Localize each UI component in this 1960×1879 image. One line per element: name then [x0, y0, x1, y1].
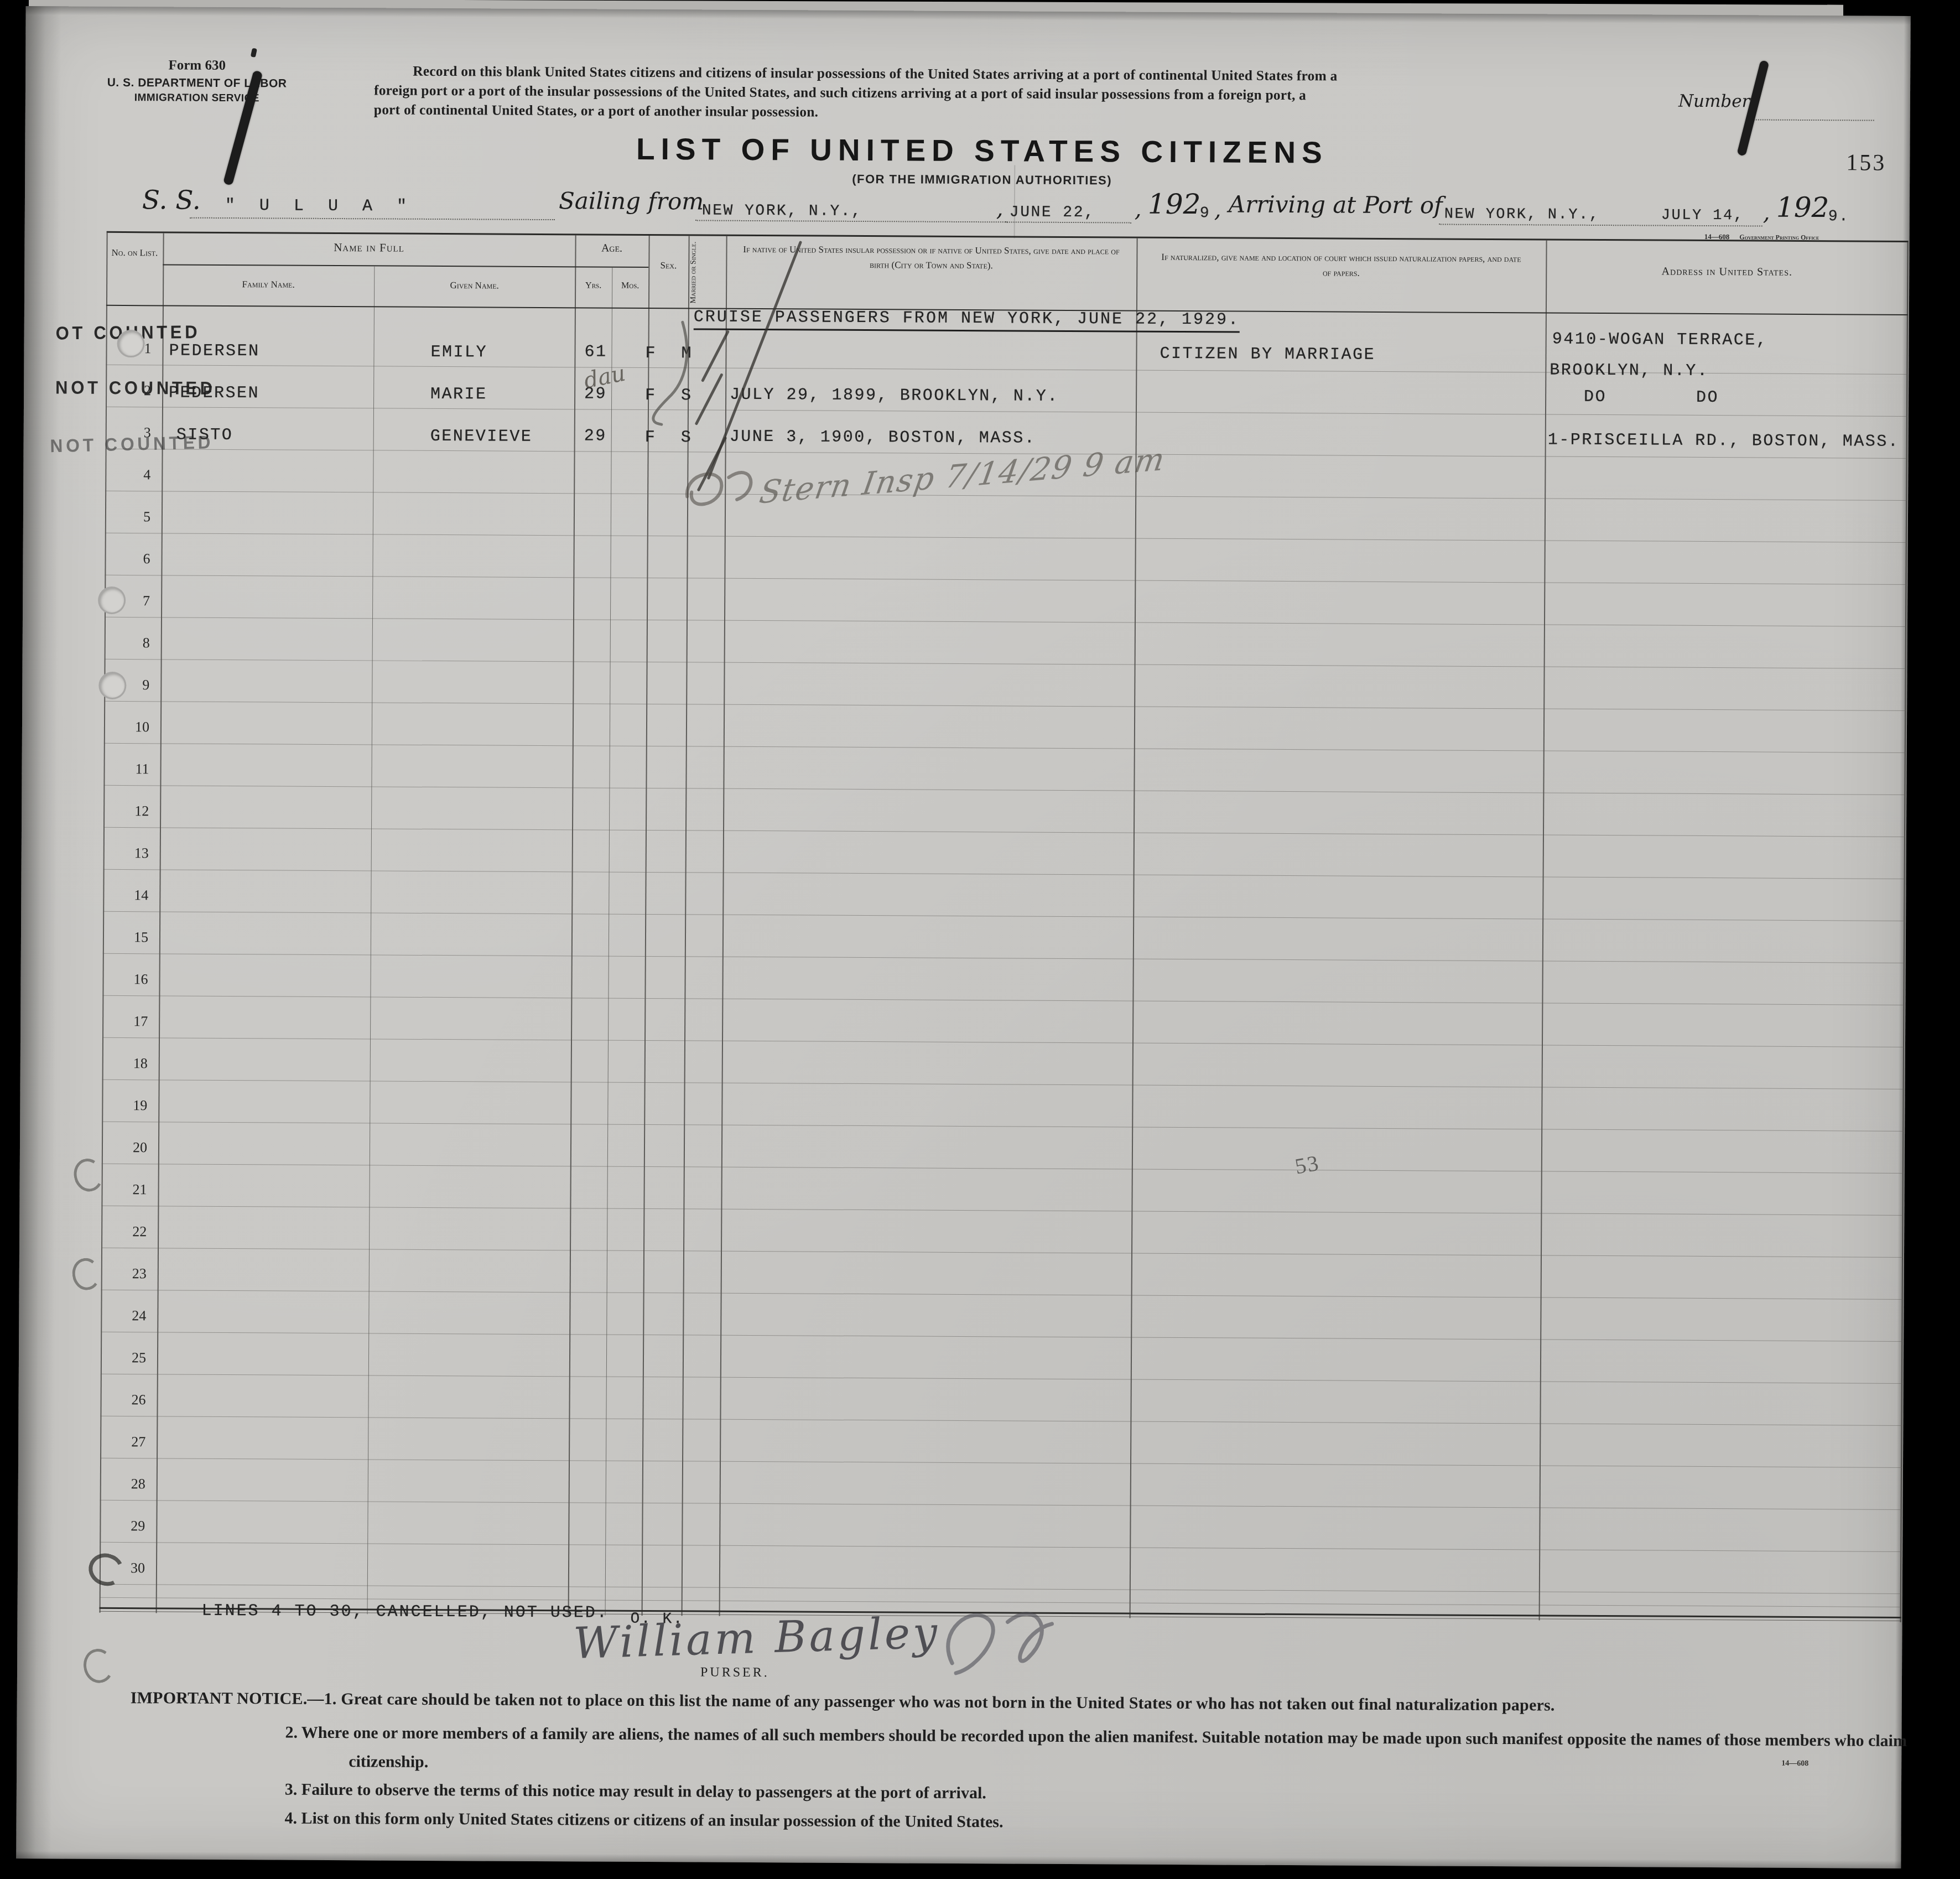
page-edge-shade [16, 1851, 1901, 1868]
column-header-mos: Mos. [612, 281, 648, 291]
cell-address-line1: 1-PRISCEILLA RD., BOSTON, MASS. [1548, 431, 1900, 451]
form-instructions: Record on this blank United States citiz… [374, 61, 1641, 126]
number-field: Number [1678, 91, 1750, 112]
cell-address-ditto: DO [1584, 388, 1607, 407]
binder-ring-mark [70, 1155, 106, 1195]
cell-family-name: PEDERSEN [169, 341, 259, 361]
row-number: 19 [118, 1097, 147, 1114]
table-row: 30 [100, 1542, 1901, 1594]
binder-ring-mark [81, 1647, 116, 1685]
cell-address-line1: 9410-WOGAN TERRACE, [1552, 330, 1768, 350]
column-header-address: Address in United States. [1546, 264, 1908, 279]
arrival-year-digit: 9. [1828, 208, 1850, 225]
number-dotted-line [1747, 97, 1874, 121]
cell-age-yrs: 29 [584, 427, 607, 445]
column-header-age: Age. [575, 242, 648, 255]
notice-item-2: 2. Where one or more members of a family… [285, 1719, 1917, 1784]
row-number: 25 [117, 1349, 146, 1366]
row-number: 26 [117, 1392, 146, 1408]
ship-name: " U L U A " [225, 196, 414, 216]
column-header-birth: If native of United States insular posse… [726, 242, 1136, 274]
cell-age-yrs: 61 [584, 342, 607, 361]
column-header-family-name: Family Name. [163, 278, 374, 290]
binder-ring-mark [70, 1257, 102, 1292]
count-stamp: 53 [1293, 1150, 1321, 1180]
print-code-bottom: 14—608 [1781, 1759, 1808, 1768]
printed-comma: , [1214, 197, 1221, 222]
inspector-scribble [676, 452, 760, 530]
page-edge-shade [16, 6, 61, 1859]
cell-birth: JULY 29, 1899, BROOKLYN, N.Y. [730, 386, 1059, 406]
signature-title: PURSER. [700, 1665, 770, 1681]
sailing-year-digit: 9 [1200, 205, 1210, 222]
not-counted-stamp: NOT COUNTED [55, 377, 216, 399]
row-number: 8 [121, 635, 150, 651]
cell-given-name: GENEVIEVE [430, 427, 533, 447]
number-label: Number [1678, 91, 1750, 112]
row-number: 20 [118, 1139, 147, 1156]
row-number: 4 [122, 466, 150, 483]
sheet-number-pencil-dot [251, 48, 257, 58]
column-header-sex: Sex. [648, 260, 688, 271]
row-number: 27 [117, 1434, 145, 1450]
column-header-married-or-single: Married or Single. [688, 239, 726, 305]
printed-comma: , [996, 196, 1004, 221]
department-name: U. S. DEPARTMENT OF LABOR [97, 76, 297, 91]
row-number: 16 [119, 971, 148, 988]
print-office: Government Printing Office [1739, 233, 1819, 241]
row-number: 29 [116, 1518, 145, 1534]
cell-given-name: MARIE [430, 385, 487, 404]
column-header-naturalized: If naturalized, give name and location o… [1136, 250, 1546, 282]
sailing-port: NEW YORK, N.Y., [702, 203, 862, 221]
row-number: 22 [118, 1223, 147, 1240]
sailing-year-printed: 192 [1148, 188, 1201, 220]
punch-hole [98, 672, 126, 699]
row-number: 15 [119, 929, 148, 946]
not-counted-stamp: NOT COUNTED [50, 432, 214, 456]
row-number: 5 [122, 508, 150, 525]
column-header-no-on-list: No. on List. [106, 246, 163, 260]
arriving-label: Arriving at Port of [1229, 190, 1443, 219]
cell-sex: F [645, 428, 657, 447]
column-header-name-in-full: Name in Full [163, 240, 575, 256]
group-heading: CRUISE PASSENGERS FROM NEW YORK, JUNE 22… [694, 308, 1240, 333]
age-pencil-mark [630, 319, 702, 430]
row-number: 12 [120, 803, 149, 819]
form-number: Form 630 [97, 58, 297, 74]
row-number: 21 [118, 1181, 147, 1198]
printed-comma: , [1763, 200, 1770, 226]
column-header-given-name: Given Name. [374, 279, 575, 292]
print-code: 14—608 [1704, 232, 1730, 241]
form-id-block: Form 630 U. S. DEPARTMENT OF LABOR IMMIG… [97, 58, 297, 105]
passenger-table: No. on List. Name in Full Family Name. G… [100, 231, 1909, 1622]
row-number: 17 [119, 1013, 148, 1030]
arrival-year-printed: 192 [1776, 191, 1829, 224]
cell-birth: JUNE 3, 1900, BOSTON, MASS. [730, 428, 1036, 448]
row-number: 11 [120, 761, 149, 777]
sailing-from-label: Sailing from [559, 187, 704, 215]
row-number: 14 [119, 887, 148, 904]
row-number: 10 [121, 719, 149, 735]
important-notice-items: 2. Where one or more members of a family… [285, 1719, 1917, 1841]
important-notice-line-1: IMPORTANT NOTICE.—1. Great care should b… [131, 1689, 1555, 1715]
arrival-date: JULY 14, [1661, 207, 1744, 225]
row-number: 13 [120, 845, 149, 861]
service-name: IMMIGRATION SERVICE [97, 92, 297, 105]
cell-given-name: EMILY [430, 343, 487, 362]
cell-address-ditto: DO [1696, 388, 1719, 407]
print-code-top: 14—608Government Printing Office [1629, 232, 1895, 242]
signature-flourish [938, 1597, 1072, 1691]
punch-hole [117, 330, 144, 357]
cell-married-status: S [681, 428, 693, 447]
row-number: 24 [117, 1307, 146, 1324]
column-header-yrs: Yrs. [575, 281, 612, 290]
printed-comma: , [1135, 197, 1142, 222]
row-number: 18 [119, 1055, 148, 1072]
form-subtitle: (FOR THE IMMIGRATION AUTHORITIES) [523, 170, 1441, 190]
sailing-date: JUNE 22, [1010, 204, 1095, 221]
row-number: 6 [121, 551, 150, 567]
page-number: 153 [1846, 149, 1886, 176]
cell-naturalized: CITIZEN BY MARRIAGE [1160, 345, 1375, 365]
row-number: 28 [117, 1476, 145, 1492]
manifest-page: Form 630 U. S. DEPARTMENT OF LABOR IMMIG… [16, 6, 1910, 1868]
punch-hole [98, 586, 126, 614]
purser-signature: William Bagley [573, 1608, 940, 1669]
arrival-port: NEW YORK, N.Y., [1444, 206, 1600, 224]
cell-address-line2: BROOKLYN, N.Y. [1550, 361, 1708, 381]
row-number: 23 [118, 1265, 147, 1282]
cancelled-note: LINES 4 TO 30, CANCELLED, NOT USED. [202, 1602, 609, 1623]
form-title: LIST OF UNITED STATES CITIZENS [523, 131, 1441, 171]
